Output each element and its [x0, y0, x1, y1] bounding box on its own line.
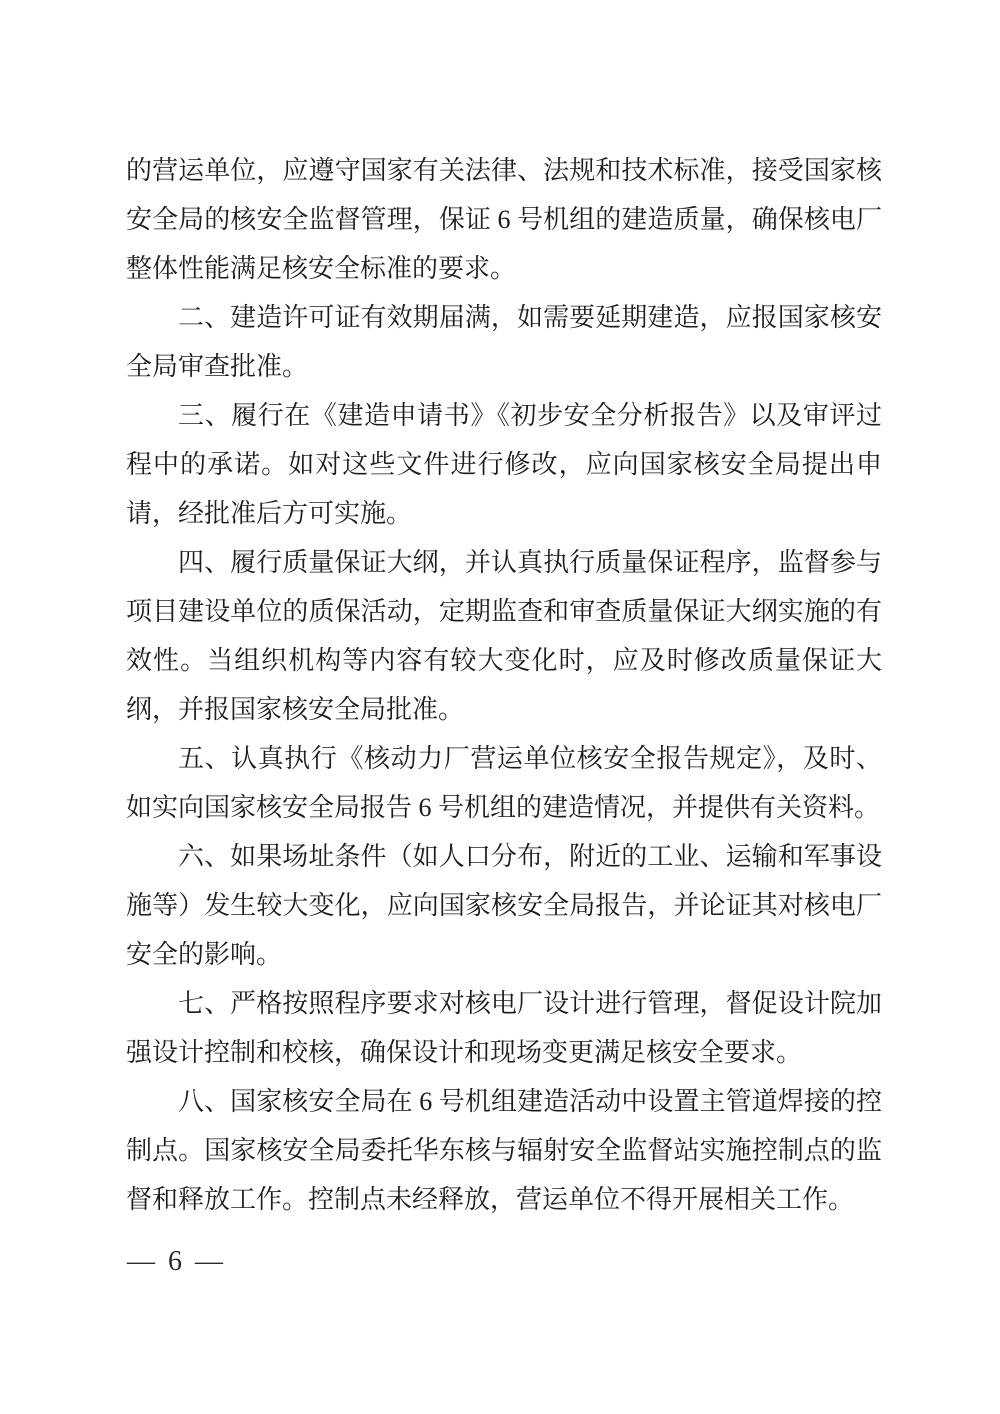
page-number: — 6 —	[127, 1246, 226, 1277]
document-page: 的营运单位，应遵守国家有关法律、法规和技术标准，接受国家核安全局的核安全监督管理…	[0, 0, 1000, 1414]
paragraph-item-2: 二、建造许可证有效期届满，如需要延期建造，应报国家核安全局审查批准。	[126, 293, 882, 391]
paragraph-item-5: 五、认真执行《核动力厂营运单位核安全报告规定》，及时、如实向国家核安全局报告 6…	[126, 734, 882, 832]
document-body: 的营运单位，应遵守国家有关法律、法规和技术标准，接受国家核安全局的核安全监督管理…	[126, 146, 882, 1224]
paragraph-item-6: 六、如果场址条件（如人口分布，附近的工业、运输和军事设施等）发生较大变化，应向国…	[126, 832, 882, 979]
paragraph-continuation: 的营运单位，应遵守国家有关法律、法规和技术标准，接受国家核安全局的核安全监督管理…	[126, 146, 882, 293]
paragraph-item-7: 七、严格按照程序要求对核电厂设计进行管理，督促设计院加强设计控制和校核，确保设计…	[126, 979, 882, 1077]
paragraph-item-3: 三、履行在《建造申请书》《初步安全分析报告》以及审评过程中的承诺。如对这些文件进…	[126, 391, 882, 538]
paragraph-item-4: 四、履行质量保证大纲，并认真执行质量保证程序，监督参与项目建设单位的质保活动，定…	[126, 538, 882, 734]
page-footer: — 6 —	[127, 1246, 226, 1278]
paragraph-item-8: 八、国家核安全局在 6 号机组建造活动中设置主管道焊接的控制点。国家核安全局委托…	[126, 1077, 882, 1224]
